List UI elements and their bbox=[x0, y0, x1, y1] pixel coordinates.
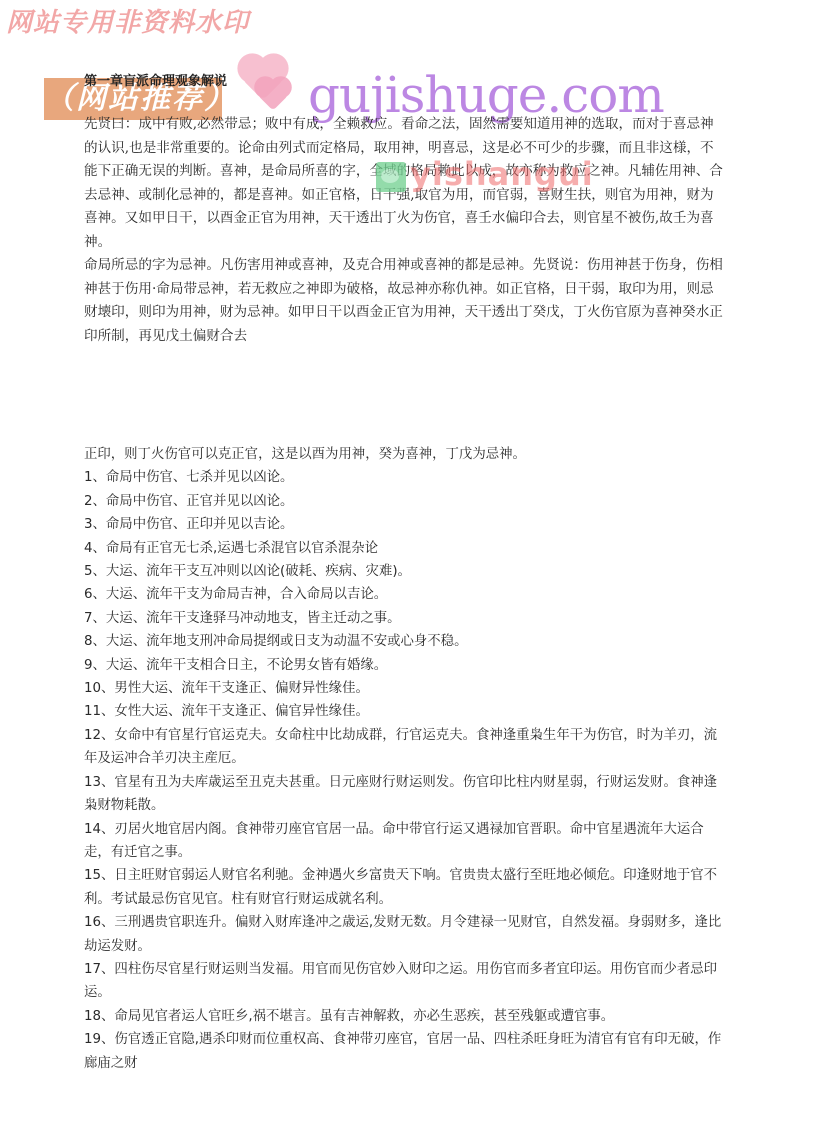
list-item: 9、大运、流年干支相合日主，不论男女皆有婚缘。 bbox=[84, 654, 724, 677]
list-item: 14、刃居火地官居内阁。食神带刃座官官居一品。命中带官行运又遇禄加官晋职。命中官… bbox=[84, 818, 724, 865]
document-intro: 先贤曰：成中有败,必然带忌；败中有成，全赖救应。看命之法，固然需要知道用神的选取… bbox=[84, 113, 724, 348]
list-item: 2、命局中伤官、正官并见以凶论。 bbox=[84, 490, 724, 513]
list-item: 8、大运、流年地支刑冲命局提纲或日支为动温不安或心身不稳。 bbox=[84, 630, 724, 653]
list-item: 5、大运、流年干支互冲则以凶论(破耗、疾病、灾难)。 bbox=[84, 560, 724, 583]
list-item: 4、命局有正官无七杀,运遇七杀混官以官杀混杂论 bbox=[84, 537, 724, 560]
list-item: 18、命局见官者运人官旺乡,祸不堪言。虽有吉神解救，亦必生恶疾，甚至残躯或遭官事… bbox=[84, 1005, 724, 1028]
list-item: 10、男性大运、流年干支逢正、偏财异性缘佳。 bbox=[84, 677, 724, 700]
list-item: 17、四柱伤尽官星行财运则当发福。用官而见伤官妙入财印之运。用伤官而多者宜印运。… bbox=[84, 958, 724, 1005]
paragraph: 命局所忌的字为忌神。凡伤害用神或喜神，及克合用神或喜神的都是忌神。先贤说：伤用神… bbox=[84, 254, 724, 348]
list-item: 16、三刑遇贵官职连升。偏财入财库逢冲之歳运,发财无数。月令建禄一见财官，自然发… bbox=[84, 911, 724, 958]
list-item: 3、命局中伤官、正印并见以吉论。 bbox=[84, 513, 724, 536]
list-item: 13、官星有丑为夫库歳运至丑克夫甚重。日元座财行财运则发。伤官印比柱内财星弱，行… bbox=[84, 771, 724, 818]
watermark-top-text: 网站专用非资料水印 bbox=[6, 2, 249, 39]
rules-list: 正印，则丁火伤官可以克正官，这是以酉为用神，癸为喜神，丁戊为忌神。 1、命局中伤… bbox=[84, 443, 724, 1075]
list-item: 12、女命中有官星行官运克夫。女命柱中比劫成群，行官运克夫。食神逢重枭生年干为伤… bbox=[84, 724, 724, 771]
document-title: 第一章盲派命理观象解说 bbox=[84, 70, 227, 89]
heart-icon bbox=[257, 79, 288, 110]
list-item: 7、大运、流年干支逢驿马冲动地支，皆主迁动之事。 bbox=[84, 607, 724, 630]
list-item: 6、大运、流年干支为命局吉神，合入命局以吉论。 bbox=[84, 583, 724, 606]
watermark-secondary-text: yishangui bbox=[410, 155, 594, 193]
list-item: 15、日主旺财官弱运人财官名利驰。金神遇火乡富贵天下响。官贵贵太盛行至旺地必倾危… bbox=[84, 864, 724, 911]
wechat-icon bbox=[376, 162, 406, 192]
list-item: 19、伤官透正官隐,遇杀印财而位重权高、食神带刃座官，官居一品、四柱杀旺身旺为清… bbox=[84, 1028, 724, 1075]
continuation-text: 正印，则丁火伤官可以克正官，这是以酉为用神，癸为喜神，丁戊为忌神。 bbox=[84, 443, 724, 466]
list-item: 1、命局中伤官、七杀并见以凶论。 bbox=[84, 466, 724, 489]
list-item: 11、女性大运、流年干支逢正、偏官异性缘佳。 bbox=[84, 700, 724, 723]
